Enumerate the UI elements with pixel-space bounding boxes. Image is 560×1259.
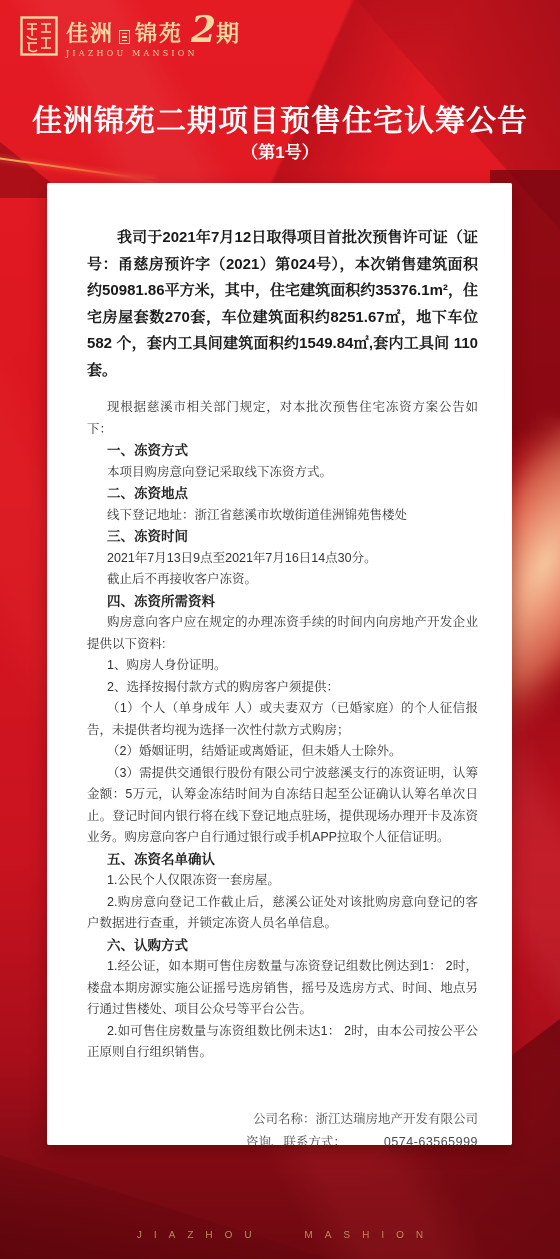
logo-phase: 2 期	[191, 16, 239, 45]
section-heading-4: 四、冻资所需资料	[87, 591, 478, 613]
logo-english-name: JIAZHOU MANSION	[66, 49, 239, 58]
section-paragraph: （3）需提供交通银行股份有限公司宁波慈溪支行的冻资证明，认筹金额：5万元，认筹金…	[87, 763, 478, 849]
brand-seal-icon	[20, 16, 58, 56]
page-title: 佳洲锦苑二期项目预售住宅认筹公告	[0, 96, 560, 140]
footer-watermark: JIAZHOU MASHION	[0, 1230, 560, 1241]
contact-label: 咨询、联系方式：	[246, 1135, 346, 1146]
logo-name-part2: 锦苑	[135, 19, 183, 45]
contact-line: 咨询、联系方式：0574-63565999	[87, 1131, 478, 1146]
section-paragraph: 2.购房意向登记工作截止后，慈溪公证处对该批购房意向登记的客户数据进行查重，并锁…	[87, 892, 478, 935]
intro-paragraph: 我司于2021年7月12日取得项目首批次预售许可证（证号：甬慈房预许字（2021…	[87, 225, 478, 384]
section-paragraph: 1.公民个人仅限冻资一套房屋。	[87, 870, 478, 892]
announcement-body: 现根据慈溪市相关部门规定，对本批次预售住宅冻资方案公告如下： 一、冻资方式 本项…	[87, 397, 478, 1064]
announcement-poster: 佳洲 锦苑 2 期 JIAZHOU MANSION 佳洲锦苑二期项目预售住宅认筹…	[0, 0, 560, 1259]
section-heading-5: 五、冻资名单确认	[87, 849, 478, 871]
preamble-paragraph: 现根据慈溪市相关部门规定，对本批次预售住宅冻资方案公告如下：	[87, 397, 478, 440]
section-paragraph: 1、购房人身份证明。	[87, 655, 478, 677]
logo-phase-number: 2	[191, 16, 216, 45]
section-paragraph: 本项目购房意向登记采取线下冻资方式。	[87, 462, 478, 484]
section-paragraph: 2.如可售住房数量与冻资组数比例未达1： 2时，由本公司按公平公正原则自行组织销…	[87, 1021, 478, 1064]
section-paragraph: 购房意向客户应在规定的办理冻资手续的时间内向房地产开发企业提供以下资料:	[87, 612, 478, 655]
contact-phone: 0574-63565999	[384, 1135, 478, 1146]
section-heading-6: 六、认购方式	[87, 935, 478, 957]
page-subtitle: （第1号）	[0, 138, 560, 163]
section-paragraph: 2021年7月13日9点至2021年7月16日14点30分。	[87, 548, 478, 570]
logo-name-part1: 佳洲	[66, 19, 114, 45]
logo-mini-seal-icon	[119, 30, 130, 44]
section-heading-2: 二、冻资地点	[87, 483, 478, 505]
section-paragraph: （2）婚姻证明，结婚证或离婚证，但未婚人士除外。	[87, 741, 478, 763]
section-paragraph: 截止后不再接收客户冻资。	[87, 569, 478, 591]
section-heading-1: 一、冻资方式	[87, 440, 478, 462]
section-paragraph: 2、选择按揭付款方式的购房客户须提供：	[87, 677, 478, 699]
section-paragraph: 1.经公证，如本期可售住房数量与冻资登记组数比例达到1： 2时， 楼盘本期房源实…	[87, 956, 478, 1021]
section-paragraph: 线下登记地址：浙江省慈溪市坎墩街道佳洲锦苑售楼处	[87, 505, 478, 527]
section-paragraph: （1）个人（单身成年 人）或夫妻双方（已婚家庭）的个人征信报告，未提供者均视为选…	[87, 698, 478, 741]
signature-block: 公司名称：浙江达瑞房地产开发有限公司 咨询、联系方式：0574-63565999…	[87, 1108, 478, 1146]
section-heading-3: 三、冻资时间	[87, 526, 478, 548]
company-name-line: 公司名称：浙江达瑞房地产开发有限公司	[87, 1108, 478, 1131]
logo-phase-unit: 期	[216, 22, 239, 45]
announcement-card: 我司于2021年7月12日取得项目首批次预售许可证（证号：甬慈房预许字（2021…	[47, 183, 512, 1145]
brand-logo: 佳洲 锦苑 2 期 JIAZHOU MANSION	[20, 16, 239, 58]
